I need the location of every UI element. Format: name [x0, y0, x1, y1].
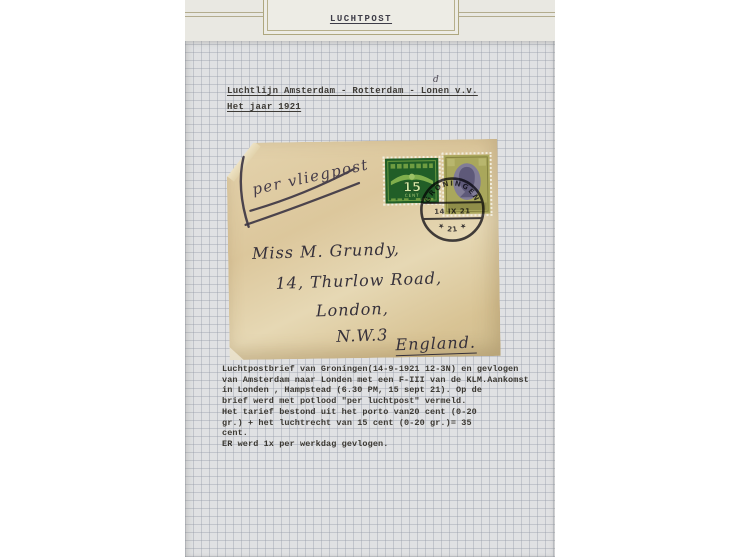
description-line: Luchtpostbrief van Groningen(14-9-1921 1…	[222, 364, 534, 375]
description-line: in Londen , Hampstead (6.30 PM, 15 sept …	[222, 385, 534, 396]
address-line-street: 14, Thurlow Road,	[275, 268, 442, 293]
stamp-album-page-photo: LUCHTPOST Luchtlijn Amsterdam - Rotterda…	[0, 0, 740, 557]
luchtpost-title-card: LUCHTPOST	[263, 0, 459, 35]
handwritten-insertion-mark: d	[433, 75, 439, 85]
description-line: van Amsterdam naar Londen met een F-III …	[222, 375, 534, 386]
postmark-town: GRONINGEN	[423, 179, 481, 204]
address-line-city: London,	[316, 299, 389, 320]
address-line-country: England.	[395, 333, 476, 357]
svg-text:GRONINGEN: GRONINGEN	[423, 179, 481, 204]
worn-corner	[229, 346, 245, 361]
address-line-recipient: Miss M. Grundy,	[252, 239, 400, 263]
airmail-cover: 15 CENT	[226, 139, 500, 360]
description-line: gr.) + het luchtrecht van 15 cent (0-20 …	[222, 418, 534, 429]
typed-description-block: Luchtpostbrief van Groningen(14-9-1921 1…	[222, 364, 534, 450]
postmark-date: 14 IX 21	[434, 207, 470, 216]
svg-text:★ 21 ★: ★ 21 ★	[436, 221, 469, 234]
description-line: Het tarief bestond uit het porto van20 c…	[222, 407, 534, 418]
description-line: brief werd met potlood "per luchtpost" v…	[222, 396, 534, 407]
route-title: Luchtlijn Amsterdam - Rotterdam - Lonen …	[227, 83, 478, 99]
album-divider-page: LUCHTPOST	[185, 0, 555, 42]
year-title: Het jaar 1921	[227, 99, 478, 115]
page-title-block: Luchtlijn Amsterdam - Rotterdam - Lonen …	[227, 83, 478, 115]
description-line: cent.	[222, 428, 534, 439]
divider-rule-left	[185, 12, 263, 17]
album-section-label: LUCHTPOST	[264, 14, 458, 24]
groningen-postmark: GRONINGEN 14 IX 21 ★ 21 ★	[416, 173, 489, 246]
divider-rule-right	[457, 12, 555, 17]
description-line: ER werd 1x per werkdag gevlogen.	[222, 439, 534, 450]
pencil-airmail-note: per vliegpost	[251, 151, 392, 199]
postmark-office-number: ★ 21 ★	[436, 221, 469, 234]
address-line-postal: N.W.3	[336, 325, 389, 346]
